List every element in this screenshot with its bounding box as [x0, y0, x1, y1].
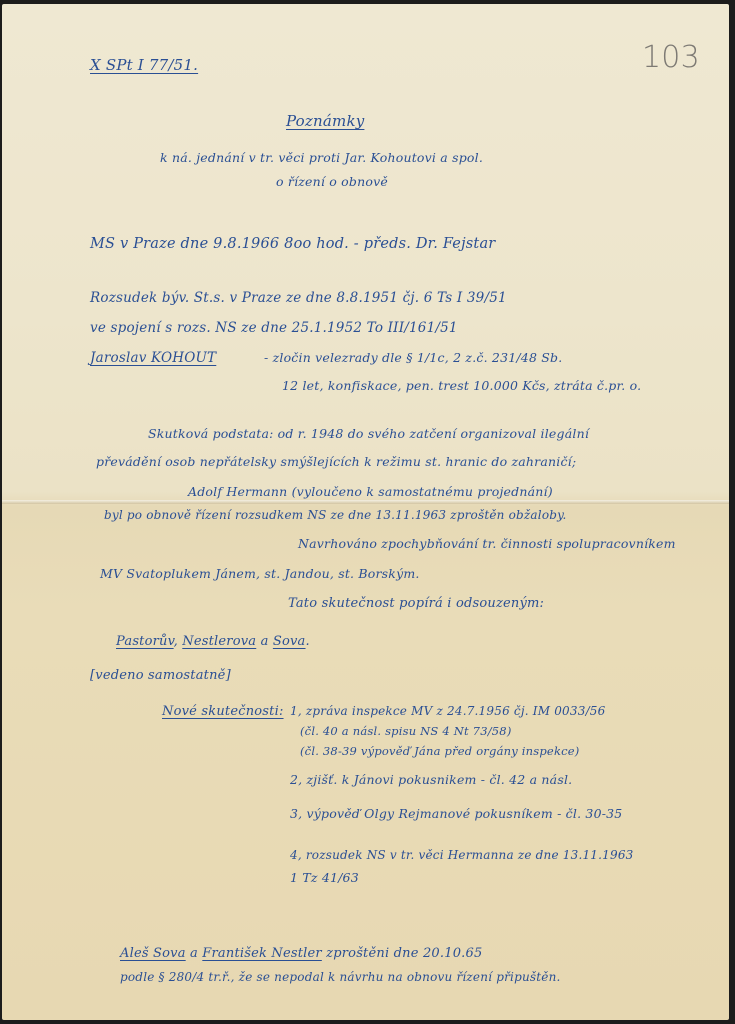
file-reference: X SPt I 77/51.: [90, 56, 198, 74]
defendant-name: Jaroslav KOHOUT: [90, 350, 216, 366]
new-fact-2: 2, zjišť. k Jánovi pokusnikem - čl. 42 a…: [290, 772, 572, 787]
new-facts-label: Nové skutečnosti:: [162, 704, 284, 719]
new-fact-4: 4, rozsudek NS v tr. věci Hermanna ze dn…: [290, 848, 634, 862]
defendant-charge: - zločin velezrady dle § 1/1c, 2 z.č. 23…: [264, 350, 562, 365]
new-fact-4-ref: 1 Tz 41/63: [290, 870, 359, 885]
defendant-sentence: 12 let, konfiskace, pen. trest 10.000 Kč…: [282, 378, 641, 393]
defendant-pastor: Pastorův: [116, 634, 174, 649]
closing-line-2: podle § 280/4 tr.ř., že se nepodal k náv…: [120, 970, 561, 984]
new-fact-1: 1, zpráva inspekce MV z 24.7.1956 čj. IM…: [290, 704, 605, 718]
closing-line-1: Aleš Sova a František Nestler zproštěni …: [120, 946, 482, 961]
defendant-nestler: Nestlerova: [182, 634, 256, 649]
page-number: 103: [642, 40, 700, 75]
separate-proceedings-note: [vedeno samostatně]: [90, 668, 231, 683]
hearing-line: MS v Praze dne 9.8.1966 8oo hod. - předs…: [90, 236, 495, 252]
defendant-sova: Sova: [273, 634, 306, 649]
facts-line-1: Skutková podstata: od r. 1948 do svého z…: [148, 426, 589, 441]
facts-line-2: převádění osob nepřátelsky smýšlejících …: [96, 454, 576, 469]
facts-line-3: Adolf Hermann (vyloučeno k samostatnému …: [188, 484, 553, 499]
subtitle-line-2: o řízení o obnově: [276, 174, 388, 189]
new-fact-1-ref: (čl. 40 a násl. spisu NS 4 Nt 73/58): [300, 724, 512, 738]
facts-line-6: MV Svatoplukem Jánem, st. Jandou, st. Bo…: [100, 566, 420, 581]
document-title: Poznámky: [286, 112, 364, 130]
facts-line-7: Tato skutečnost popírá i odsouzeným:: [288, 596, 544, 611]
paper-fold-line: [2, 500, 729, 504]
facts-line-5: Navrhováno zpochybňování tr. činnosti sp…: [298, 536, 676, 551]
subtitle-line-1: k ná. jednání v tr. věci proti Jar. Koho…: [160, 150, 483, 165]
acquitted-nestler: František Nestler: [202, 946, 322, 961]
ruling-line-1: Rozsudek býv. St.s. v Praze ze dne 8.8.1…: [90, 290, 507, 306]
scanned-paper-page: X SPt I 77/51. 103 Poznámky k ná. jednán…: [2, 4, 729, 1020]
other-defendants: Pastorův, Nestlerova a Sova.: [116, 634, 310, 649]
new-fact-1-note: (čl. 38-39 výpověď Jána před orgány insp…: [300, 744, 579, 758]
acquitted-sova: Aleš Sova: [120, 946, 186, 961]
ruling-line-2: ve spojení s rozs. NS ze dne 25.1.1952 T…: [90, 320, 458, 336]
new-fact-3: 3, výpověď Olgy Rejmanové pokusníkem - č…: [290, 806, 622, 821]
facts-line-4: byl po obnově řízení rozsudkem NS ze dne…: [104, 508, 567, 522]
